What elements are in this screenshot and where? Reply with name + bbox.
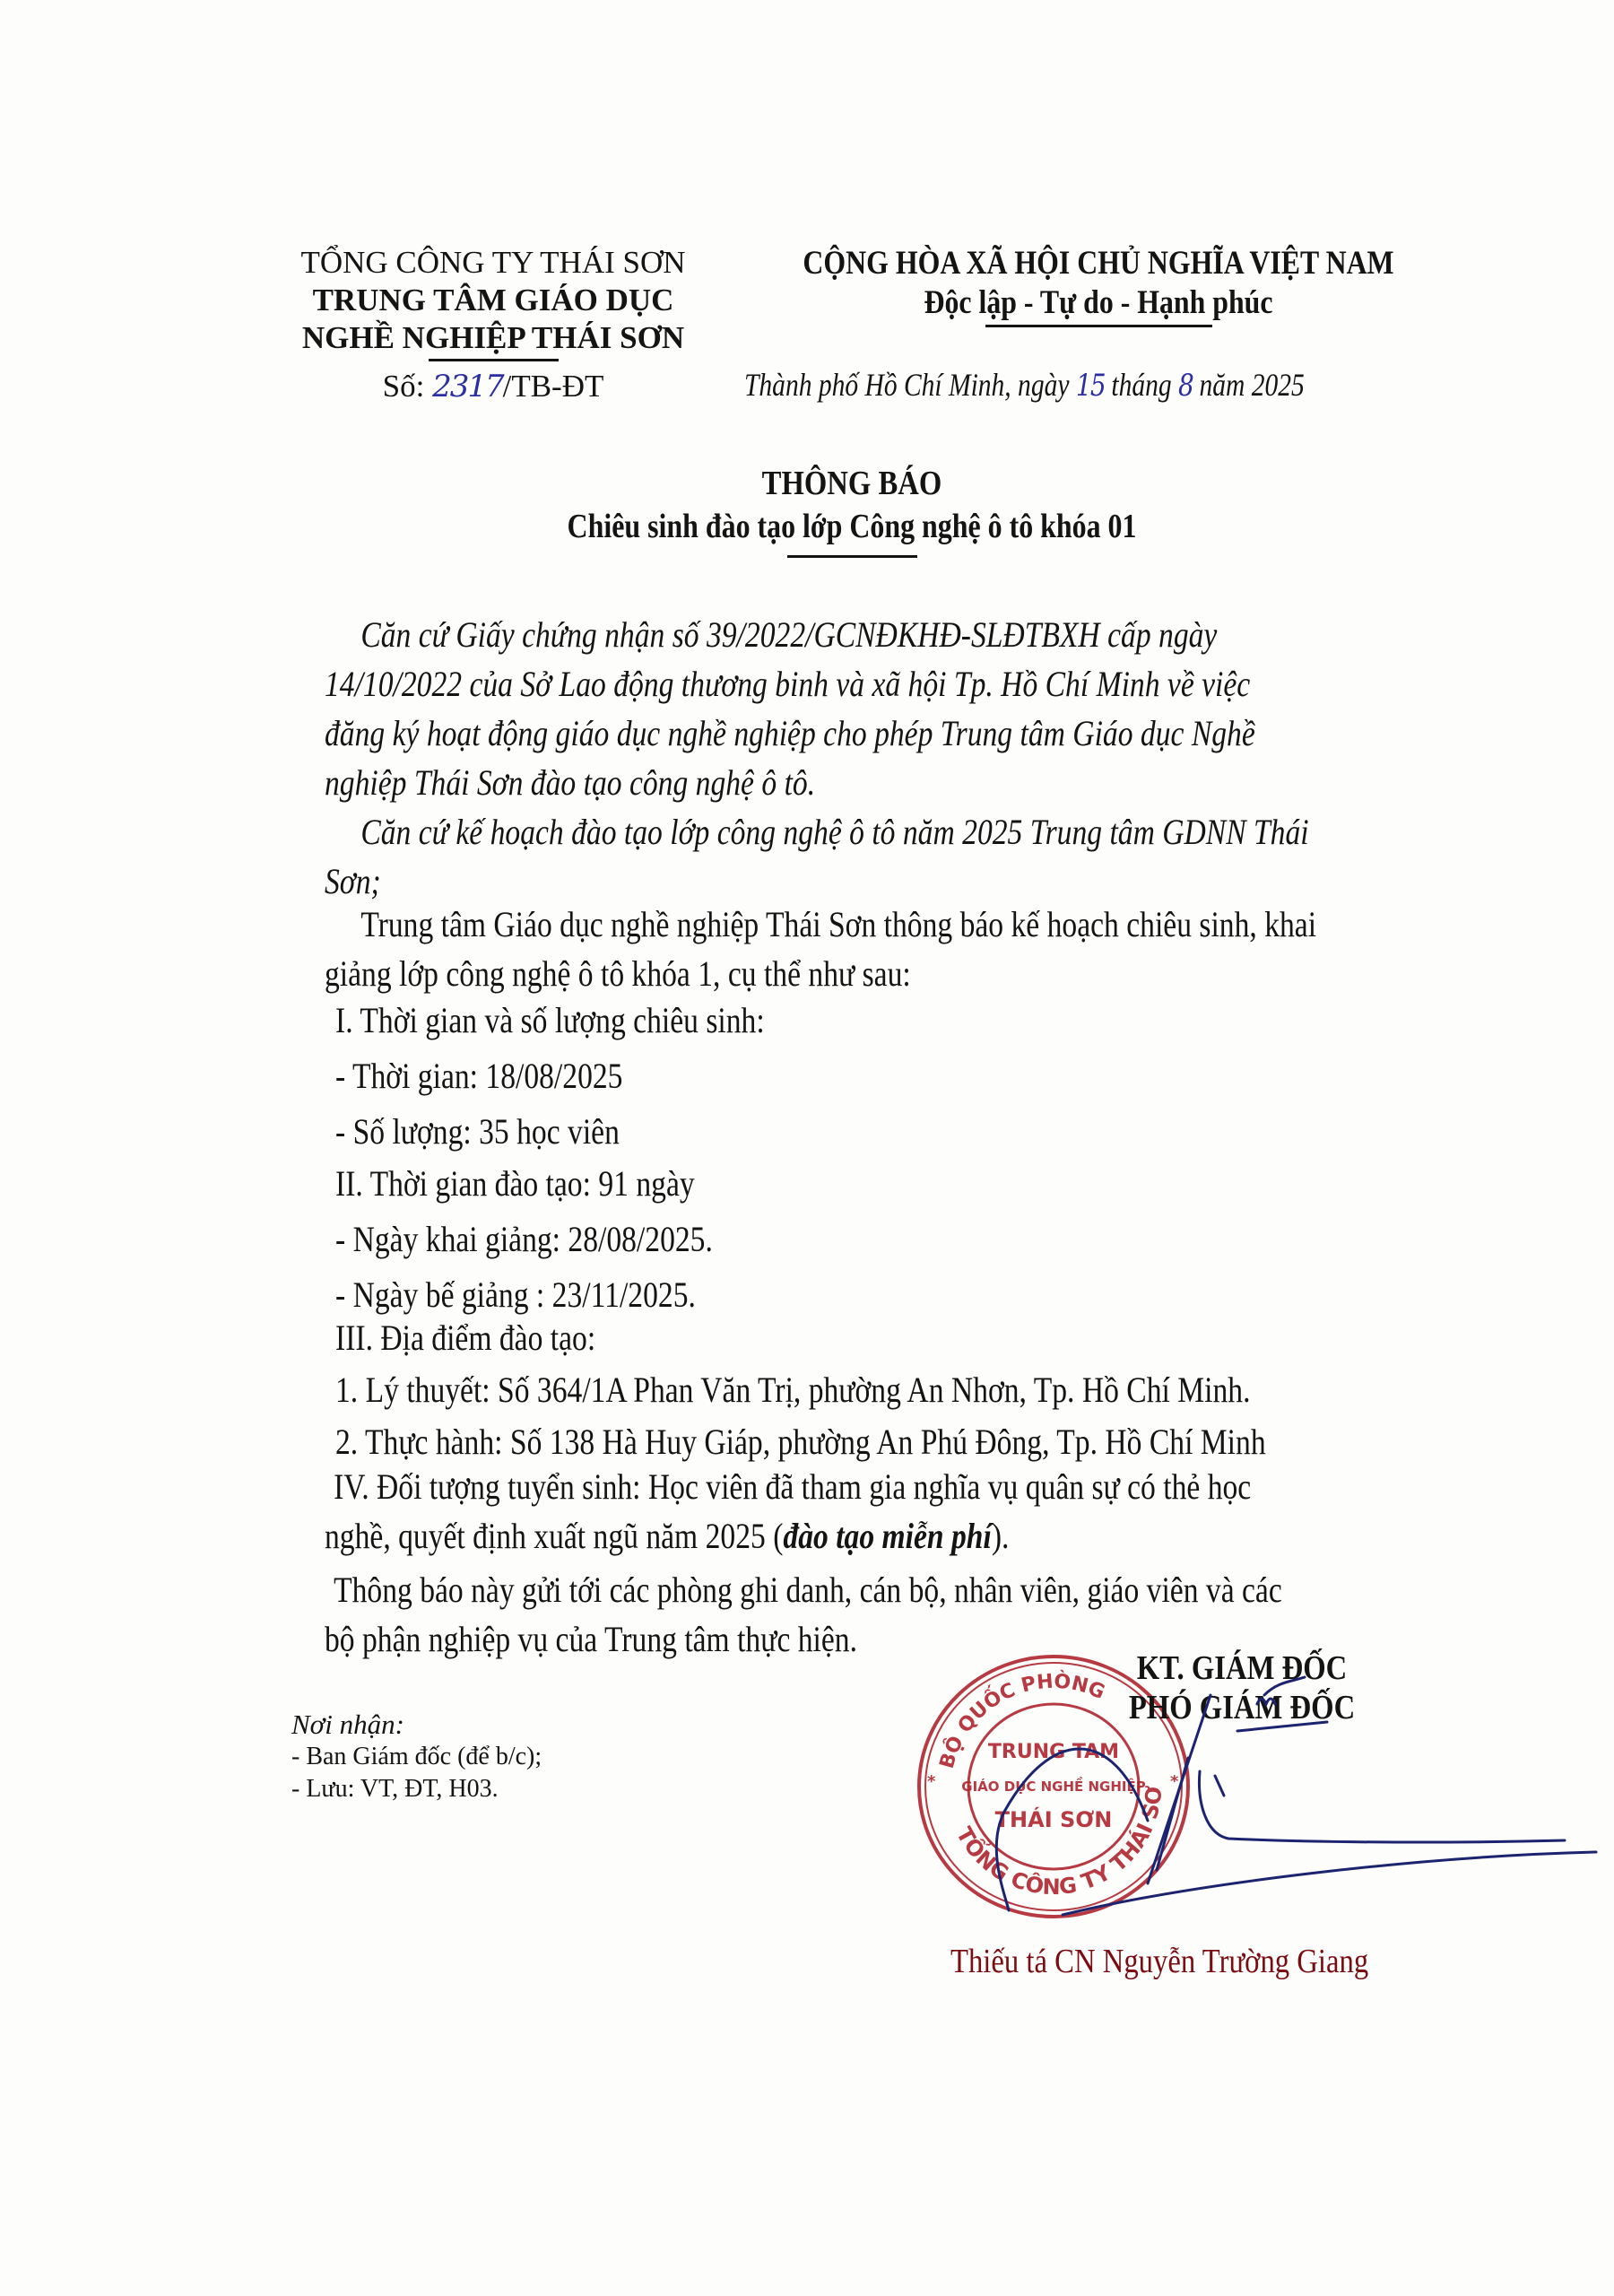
list-item: - Thời gian: 18/08/2025 [335, 1051, 1292, 1100]
section-3: III. Địa điểm đào tạo: 1. Lý thuyết: Số … [335, 1313, 1292, 1466]
title-rule [787, 555, 917, 558]
header-left-rule [429, 359, 559, 361]
handwritten-signature-icon [968, 1641, 1614, 1928]
national-motto: Độc lập - Tự do - Hạnh phúc [771, 283, 1427, 323]
recipients-heading: Nơi nhận: [291, 1709, 542, 1741]
section-2: II. Thời gian đào tạo: 91 ngày - Ngày kh… [335, 1159, 1292, 1319]
country-name: CỘNG HÒA XÃ HỘI CHỦ NGHĨA VIỆT NAM [771, 244, 1427, 283]
document-title: THÔNG BÁO Chiêu sinh đào tạo lớp Công ng… [448, 462, 1255, 558]
section-4: IV. Đối tượng tuyển sinh: Học viên đã th… [325, 1462, 1281, 1561]
list-item: - Số lượng: 35 học viên [335, 1107, 1292, 1156]
basis-paragraph-1: Căn cứ Giấy chứng nhận số 39/2022/GCNĐKH… [325, 610, 1281, 807]
section-heading: III. Địa điểm đào tạo: [335, 1313, 1292, 1362]
issuing-organization: TỔNG CÔNG TY THÁI SƠN TRUNG TÂM GIÁO DỤC… [269, 244, 717, 404]
national-header: CỘNG HÒA XÃ HỘI CHỦ NGHĨA VIỆT NAM Độc l… [717, 244, 1479, 327]
list-item: - Ngày bế giảng : 23/11/2025. [335, 1270, 1292, 1319]
date-line: Thành phố Hồ Chí Minh, ngày 15 tháng 8 n… [744, 366, 1305, 404]
recipients-block: Nơi nhận: - Ban Giám đốc (để b/c); - Lưu… [291, 1709, 542, 1805]
motto-rule [985, 325, 1212, 327]
handwritten-day: 15 [1076, 368, 1105, 404]
handwritten-number: 2317 [432, 369, 503, 404]
svg-text:*: * [927, 1772, 936, 1791]
recipient-item: - Lưu: VT, ĐT, H03. [291, 1773, 542, 1805]
emphasis-free-training: đào tạo miễn phí [783, 1516, 991, 1556]
list-item: 2. Thực hành: Số 138 Hà Huy Giáp, phường… [335, 1417, 1292, 1466]
handwritten-month: 8 [1178, 368, 1193, 404]
title-subtitle: Chiêu sinh đào tạo lớp Công nghệ ô tô kh… [513, 505, 1191, 548]
section-heading: I. Thời gian và số lượng chiêu sinh: [335, 996, 1292, 1045]
section-1: I. Thời gian và số lượng chiêu sinh: - T… [335, 996, 1292, 1156]
basis-paragraph-2: Căn cứ kế hoạch đào tạo lớp công nghệ ô … [325, 807, 1281, 906]
title-main: THÔNG BÁO [505, 462, 1199, 505]
intro-paragraph: Trung tâm Giáo dục nghề nghiệp Thái Sơn … [325, 900, 1281, 998]
document-number: Số: 2317/TB-ĐT [269, 369, 717, 404]
signer-name: Thiếu tá CN Nguyễn Trường Giang [950, 1942, 1368, 1981]
list-item: - Ngày khai giảng: 28/08/2025. [335, 1214, 1292, 1264]
org-name-line1: TRUNG TÂM GIÁO DỤC [269, 282, 717, 319]
list-item: 1. Lý thuyết: Số 364/1A Phan Văn Trị, ph… [335, 1365, 1292, 1414]
org-name-line2: NGHỀ NGHIỆP THÁI SƠN [269, 319, 717, 357]
recipient-item: - Ban Giám đốc (để b/c); [291, 1741, 542, 1773]
parent-company: TỔNG CÔNG TY THÁI SƠN [269, 244, 717, 282]
section-heading: II. Thời gian đào tạo: 91 ngày [335, 1159, 1292, 1208]
